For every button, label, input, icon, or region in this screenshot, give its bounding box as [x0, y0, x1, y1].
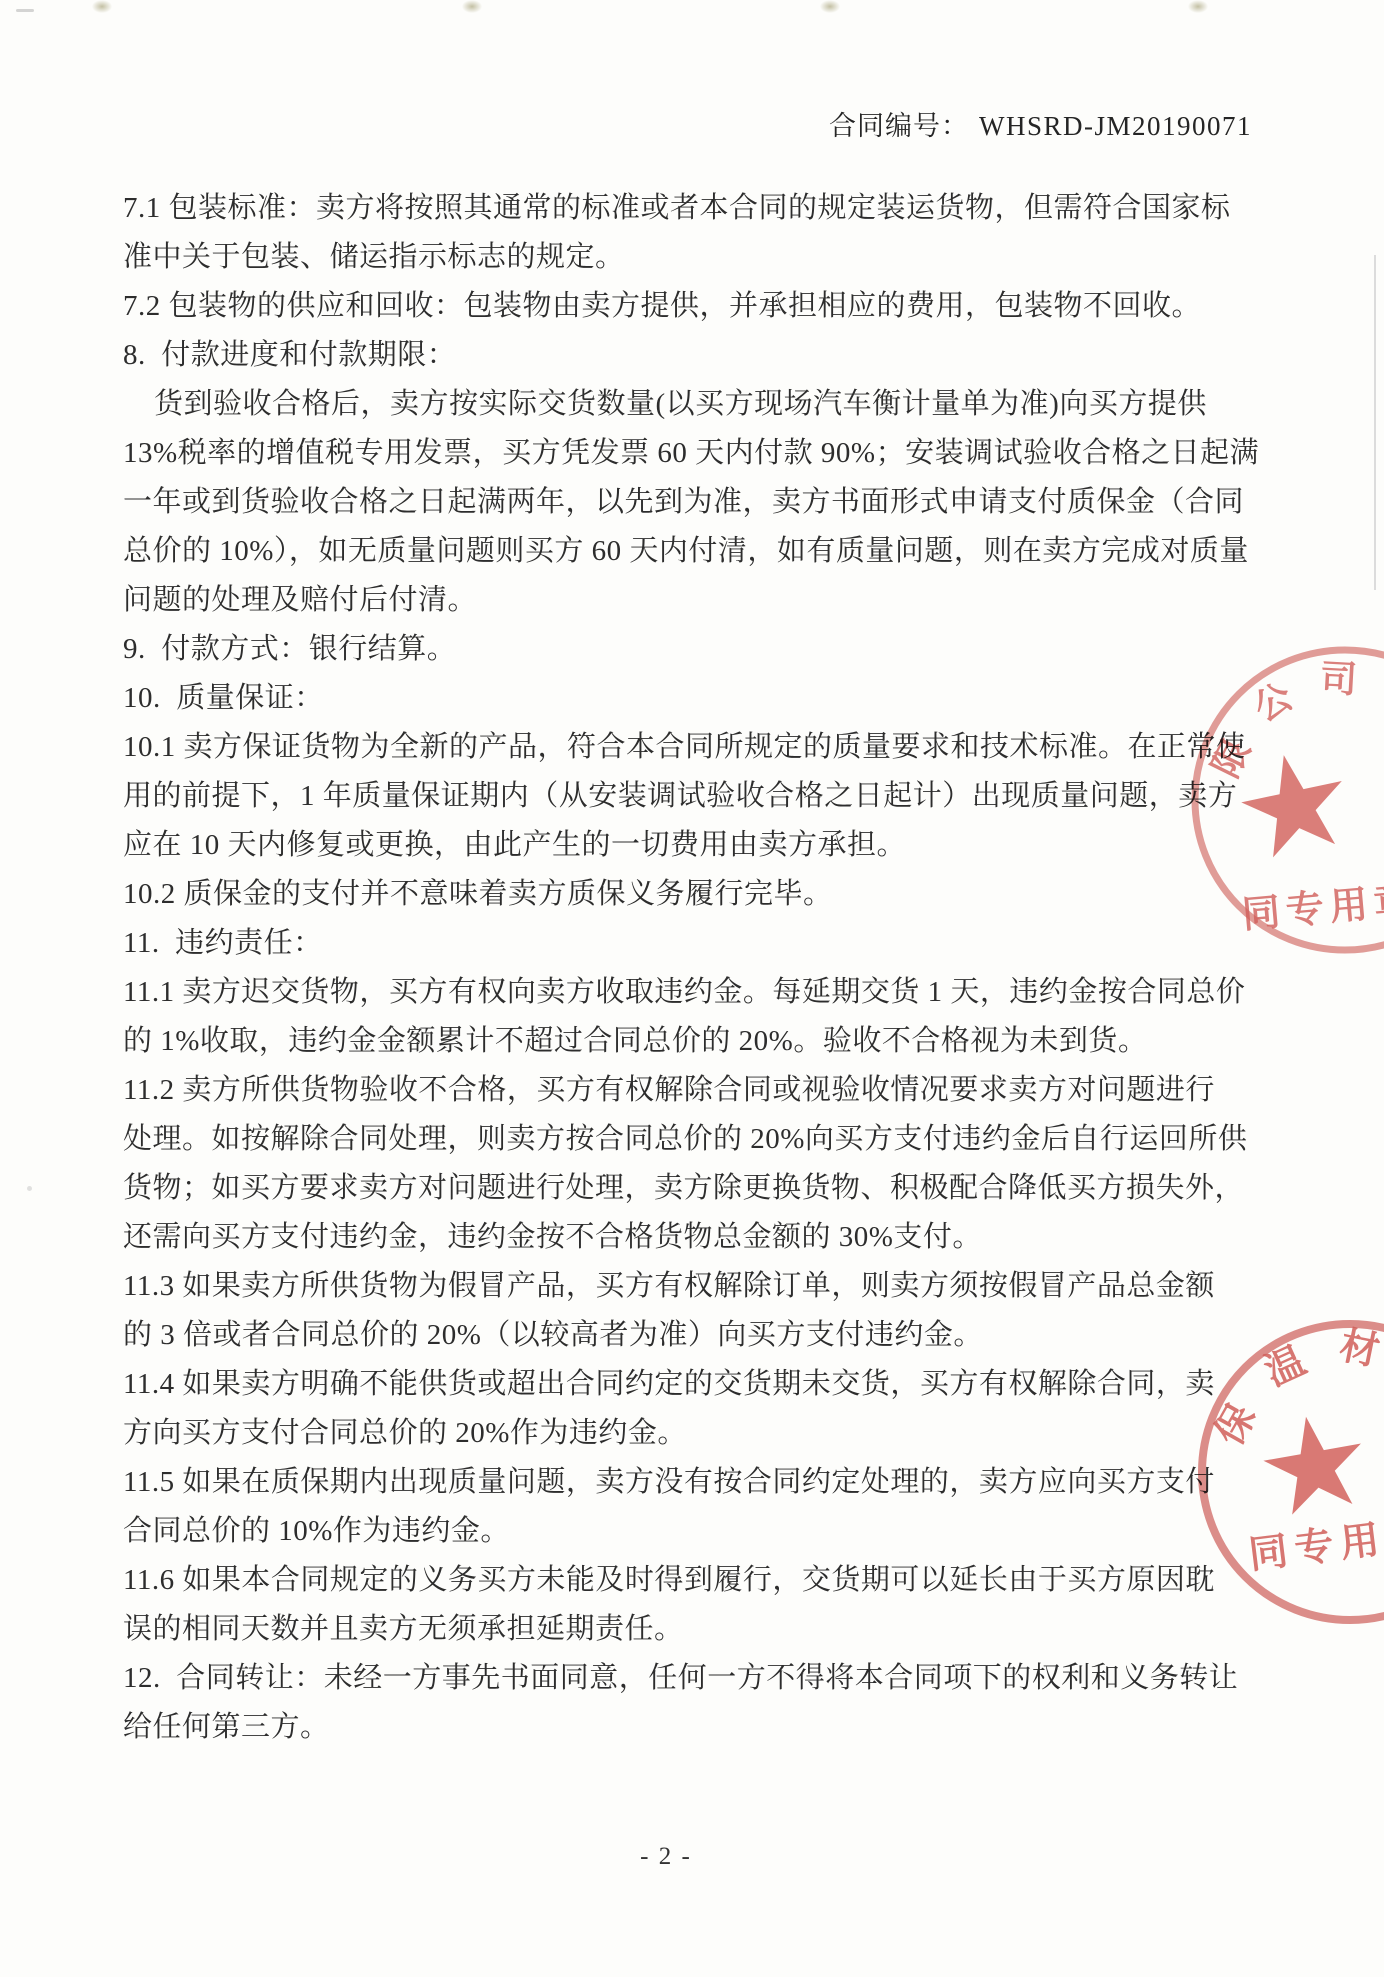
contract-line: 13%税率的增值税专用发票，买方凭发票 60 天内付款 90%；安装调试验收合格…: [123, 429, 1313, 478]
scan-artifact: [1188, 0, 1208, 13]
contract-line: 11.2 卖方所供货物验收不合格，买方有权解除合同或视验收情况要求卖方对问题进行: [123, 1066, 1313, 1115]
page-number: - 2 -: [600, 1843, 732, 1871]
contract-line: 8. 付款进度和付款期限：: [123, 331, 1313, 380]
contract-line: 问题的处理及赔付后付清。: [123, 576, 1313, 625]
seal-arc-text: 限公司: [1205, 657, 1384, 783]
contract-line: 的 1%收取，违约金金额累计不超过合同总价的 20%。验收不合格视为未到货。: [123, 1017, 1313, 1066]
scan-artifact: [462, 0, 482, 13]
company-seal-lower: 保温材 同专用章: [1150, 1272, 1384, 1672]
contract-line: 7.1 包装标准：卖方将按照其通常的标准或者本合同的规定装运货物，但需符合国家标: [123, 184, 1313, 233]
seal-star-icon: [1257, 1408, 1371, 1518]
contract-number: 合同编号：WHSRD-JM20190071: [829, 104, 1252, 143]
contract-body: 7.1 包装标准：卖方将按照其通常的标准或者本合同的规定装运货物，但需符合国家标…: [123, 184, 1313, 1752]
contract-line: 合同总价的 10%作为违约金。: [123, 1507, 1313, 1556]
scan-artifact: [27, 1186, 32, 1191]
seal-bottom-text: 同专用章: [1240, 878, 1384, 936]
contract-line: 货物；如买方要求卖方对问题进行处理，卖方除更换货物、积极配合降低买方损失外，: [123, 1164, 1313, 1213]
contract-line: 7.2 包装物的供应和回收：包装物由卖方提供，并承担相应的费用，包装物不回收。: [123, 282, 1313, 331]
contract-line: 用的前提下，1 年质量保证期内（从安装调试验收合格之日起计）出现质量问题，卖方: [123, 772, 1313, 821]
scan-artifact: [16, 9, 34, 12]
contract-line: 11.1 卖方迟交货物，买方有权向卖方收取违约金。每延期交货 1 天，违约金按合…: [123, 968, 1313, 1017]
contract-line: 一年或到货验收合格之日起满两年，以先到为准，卖方书面形式申请支付质保金（合同: [123, 478, 1313, 527]
contract-line: 10.2 质保金的支付并不意味着卖方质保义务履行完毕。: [123, 870, 1313, 919]
contract-line: 误的相同天数并且卖方无须承担延期责任。: [123, 1605, 1313, 1654]
contract-line: 10. 质量保证：: [123, 674, 1313, 723]
contract-line: 11.5 如果在质保期内出现质量问题，卖方没有按合同约定处理的，卖方应向买方支付: [123, 1458, 1313, 1507]
contract-line: 11.6 如果本合同规定的义务买方未能及时得到履行，交货期可以延长由于买方原因耽: [123, 1556, 1313, 1605]
contract-line: 给任何第三方。: [123, 1703, 1313, 1752]
contract-page-2: 合同编号：WHSRD-JM20190071 7.1 包装标准：卖方将按照其通常的…: [0, 0, 1384, 1977]
contract-line: 处理。如按解除合同处理，则卖方按合同总价的 20%向买方支付违约金后自行运回所供: [123, 1115, 1313, 1164]
company-seal-upper: 限公司 同专用章: [1145, 600, 1384, 1000]
contract-line: 应在 10 天内修复或更换，由此产生的一切费用由卖方承担。: [123, 821, 1313, 870]
contract-number-label: 合同编号：: [829, 111, 969, 141]
contract-line: 9. 付款方式：银行结算。: [123, 625, 1313, 674]
contract-line: 的 3 倍或者合同总价的 20%（以较高者为准）向买方支付违约金。: [123, 1311, 1313, 1360]
contract-line: 11.4 如果卖方明确不能供货或超出合同约定的交货期未交货，买方有权解除合同，卖: [123, 1360, 1313, 1409]
contract-line: 11. 违约责任：: [123, 919, 1313, 968]
seal-bottom-text: 同专用章: [1246, 1511, 1384, 1577]
contract-line: 还需向买方支付违约金，违约金按不合格货物总金额的 30%支付。: [123, 1213, 1313, 1262]
scan-artifact: [820, 0, 840, 13]
contract-line: 总价的 10%），如无质量问题则买方 60 天内付清，如有质量问题，则在卖方完成…: [123, 527, 1313, 576]
contract-line: 方向买方支付合同总价的 20%作为违约金。: [123, 1409, 1313, 1458]
contract-line: 货到验收合格后，卖方按实际交货数量(以买方现场汽车衡计量单为准)向买方提供: [123, 380, 1313, 429]
page-edge-shadow: [1374, 255, 1376, 590]
scan-artifact: [92, 0, 112, 13]
seal-arc-text: 保温材: [1208, 1324, 1384, 1452]
contract-line: 11.3 如果卖方所供货物为假冒产品，买方有权解除订单，则卖方须按假冒产品总金额: [123, 1262, 1313, 1311]
contract-line: 12. 合同转让：未经一方事先书面同意，任何一方不得将本合同项下的权利和义务转让: [123, 1654, 1313, 1703]
contract-line: 10.1 卖方保证货物为全新的产品，符合本合同所规定的质量要求和技术标准。在正常…: [123, 723, 1313, 772]
contract-line: 准中关于包装、储运指示标志的规定。: [123, 233, 1313, 282]
contract-number-value: WHSRD-JM20190071: [979, 111, 1252, 141]
